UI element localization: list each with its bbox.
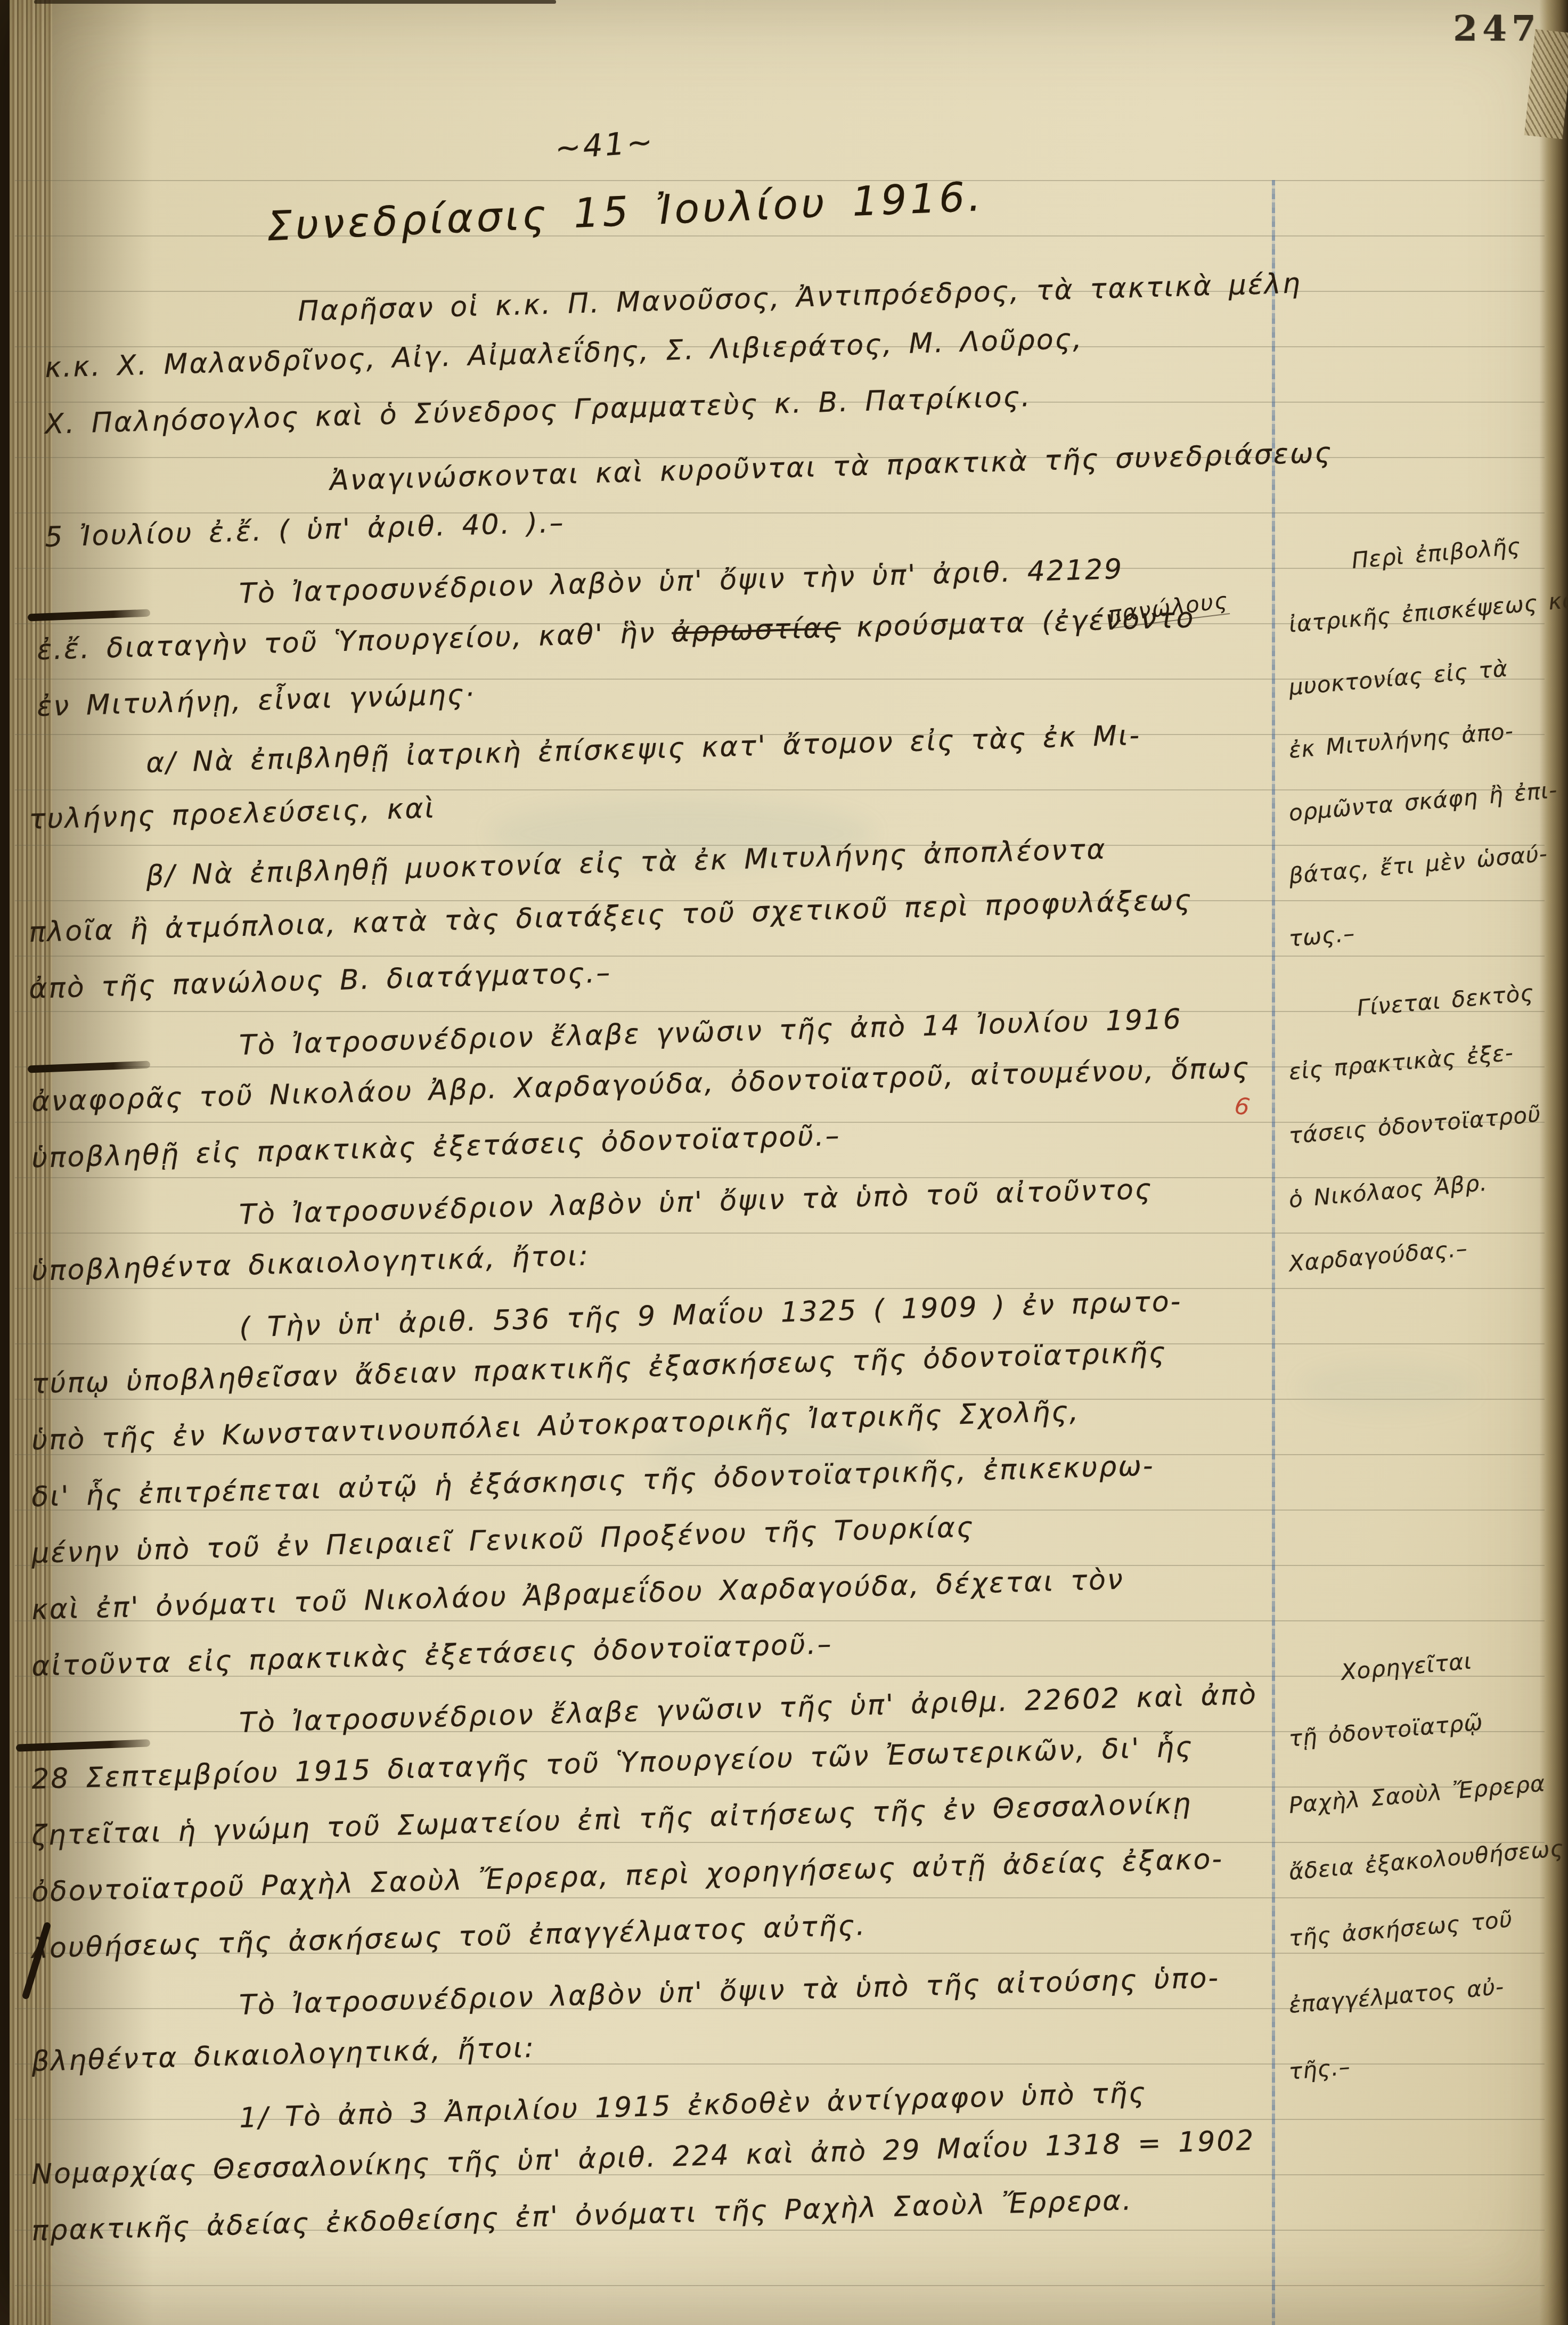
page-number: 247 bbox=[1453, 7, 1541, 49]
manuscript-line: Τὸ Ἰατροσυνέδριον λαβὸν ὑπ' ὄψιν τὴν ὑπ'… bbox=[239, 553, 1124, 610]
manuscript-line: ἐν Μιτυλήνῃ, εἶναι γνώμης· bbox=[36, 679, 476, 723]
manuscript-line: ὑπὸ τῆς ἐν Κωνσταντινουπόλει Αὐτοκρατορι… bbox=[31, 1396, 1080, 1457]
manuscript-line: τύπῳ ὑποβληθεῖσαν ἄδειαν πρακτικῆς ἐξασκ… bbox=[31, 1336, 1167, 1400]
margin-note-line: ἄδεια ἐξακολουθήσεως bbox=[1288, 1835, 1565, 1885]
manuscript-line: καὶ ἐπ' ὀνόματι τοῦ Νικολάου Ἀβραμεΐδου … bbox=[31, 1564, 1124, 1626]
manuscript-line: Τὸ Ἰατροσυνέδριον λαβὸν ὑπ' ὄψιν τὰ ὑπὸ … bbox=[239, 1173, 1153, 1231]
manuscript-line: λουθήσεως τῆς ἀσκήσεως τοῦ ἐπαγγέλματος … bbox=[31, 1910, 867, 1965]
manuscript-line: κ.κ. Χ. Μαλανδρῖνος, Αἰγ. Αἰμαλεΐδης, Σ.… bbox=[44, 323, 1083, 384]
margin-note-line: Χαρδαγούδας.– bbox=[1288, 1235, 1469, 1277]
margin-note-line: ἐπαγγέλματος αὐ- bbox=[1288, 1973, 1505, 2018]
manuscript-line: 5 Ἰουλίου ἐ.ἔ. ( ὑπ' ἀριθ. 40. ).– bbox=[44, 507, 565, 553]
strikethrough-word: ἀρρωστίας bbox=[671, 612, 841, 649]
margin-note-line: τῆς ἀσκήσεως τοῦ bbox=[1288, 1906, 1514, 1952]
margin-note-line: μυοκτονίας εἰς τὰ bbox=[1288, 655, 1509, 700]
line-fragment: ἐ.ἔ. διαταγὴν τοῦ Ὑπουργείου, καθ' ἣν bbox=[36, 617, 672, 666]
session-title: Συνεδρίασις 15 Ἰουλίου 1916. bbox=[266, 173, 985, 250]
manuscript-line: ἀπὸ τῆς πανώλους Β. διατάγματος.– bbox=[28, 957, 612, 1005]
manuscript-line: βληθέντα δικαιολογητικά, ἤτοι: bbox=[31, 2032, 535, 2078]
manuscript-line: Ἀναγινώσκονται καὶ κυροῦνται τὰ πρακτικὰ… bbox=[329, 437, 1333, 497]
red-annotation: 6 bbox=[1232, 1092, 1252, 1121]
binding-gutter bbox=[0, 0, 10, 2325]
manuscript-line: αἰτοῦντα εἰς πρακτικὰς ἐξετάσεις ὀδοντοϊ… bbox=[31, 1628, 833, 1683]
bleedthrough-smudge bbox=[1300, 1364, 1475, 1412]
margin-note-line: ἐκ Μιτυλήνης ἀπο- bbox=[1288, 717, 1515, 763]
manuscript-line: δι' ἧς ἐπιτρέπεται αὐτῷ ἡ ἐξάσκησις τῆς … bbox=[31, 1450, 1155, 1513]
margin-note-line: τῇ ὀδοντοϊατρῷ bbox=[1288, 1709, 1484, 1752]
margin-note-line: ἰατρικῆς ἐπισκέψεως καὶ bbox=[1288, 585, 1568, 638]
margin-note-line: ορμῶντα σκάφη ἢ ἐπι- bbox=[1288, 777, 1558, 826]
manuscript-line: Παρῆσαν οἱ κ.κ. Π. Μανοῦσος, Ἀντιπρόεδρο… bbox=[297, 267, 1302, 328]
manuscript-line: 28 Σεπτεμβρίου 1915 διαταγῆς τοῦ Ὑπουργε… bbox=[31, 1731, 1194, 1796]
margin-note-line: εἰς πρακτικὰς ἐξε- bbox=[1288, 1039, 1515, 1085]
margin-note-line: βάτας, ἔτι μὲν ὡσαύ- bbox=[1288, 841, 1549, 889]
manuscript-line: β/ Νὰ ἐπιβληθῇ μυοκτονία εἰς τὰ ἐκ Μιτυλ… bbox=[145, 834, 1107, 892]
manuscript-line: ἐ.ἔ. διαταγὴν τοῦ Ὑπουργείου, καθ' ἣν ἀρ… bbox=[36, 602, 1195, 666]
manuscript-line: πλοῖα ἢ ἀτμόπλοια, κατὰ τὰς διατάξεις το… bbox=[28, 884, 1193, 949]
manuscript-line: Τὸ Ἰατροσυνέδριον ἔλαβε γνῶσιν τῆς ὑπ' ἀ… bbox=[239, 1679, 1257, 1739]
manuscript-line: α/ Νὰ ἐπιβληθῇ ἰατρικὴ ἐπίσκεψις κατ' ἄτ… bbox=[145, 720, 1141, 779]
session-number: ~41~ bbox=[554, 124, 656, 167]
manuscript-line: ( Τὴν ὑπ' ἀριθ. 536 τῆς 9 Μαΐου 1325 ( 1… bbox=[239, 1286, 1182, 1344]
manuscript-line: μένην ὑπὸ τοῦ ἐν Πειραιεῖ Γενικοῦ Προξέν… bbox=[31, 1512, 975, 1570]
margin-note-line: Περὶ ἐπιβολῆς bbox=[1351, 533, 1522, 574]
margin-note-line: ὁ Νικόλαος Ἀβρ. bbox=[1288, 1170, 1489, 1213]
margin-note-line: Χορηγεῖται bbox=[1340, 1648, 1473, 1685]
manuscript-line: Τὸ Ἰατροσυνέδριον λαβὸν ὑπ' ὄψιν τὰ ὑπὸ … bbox=[239, 1962, 1220, 2021]
margin-note-line: Γίνεται δεκτὸς bbox=[1356, 980, 1535, 1021]
manuscript-line: ἀναφορᾶς τοῦ Νικολάου Ἀβρ. Χαρδαγούδα, ὀ… bbox=[31, 1052, 1251, 1118]
manuscript-line: 1/ Τὸ ἀπὸ 3 Ἀπριλίου 1915 ἐκδοθὲν ἀντίγρ… bbox=[239, 2077, 1147, 2134]
page-edge-top bbox=[34, 0, 556, 4]
margin-note-line: τάσεις ὀδοντοϊατροῦ bbox=[1288, 1101, 1542, 1149]
manuscript-line: Χ. Παληόσογλος καὶ ὁ Σύνεδρος Γραμματεὺς… bbox=[44, 381, 1032, 440]
manuscript-line: ὑποβληθέντα δικαιολογητικά, ἤτοι: bbox=[31, 1240, 590, 1287]
manuscript-line: Τὸ Ἰατροσυνέδριον ἔλαβε γνῶσιν τῆς ἀπὸ 1… bbox=[239, 1004, 1182, 1062]
manuscript-line: ὑποβληθῇ εἰς πρακτικὰς ἐξετάσεις ὀδοντοϊ… bbox=[31, 1120, 841, 1174]
manuscript-line: ζητεῖται ἡ γνώμη τοῦ Σωματείου ἐπὶ τῆς α… bbox=[31, 1788, 1193, 1852]
margin-note-line: τως.– bbox=[1288, 920, 1356, 952]
manuscript-line: Νομαρχίας Θεσσαλονίκης τῆς ὑπ' ἀριθ. 224… bbox=[31, 2125, 1255, 2191]
manuscript-line: τυλήνης προελεύσεις, καὶ bbox=[28, 793, 436, 836]
margin-note-line: τῆς.– bbox=[1288, 2053, 1352, 2085]
margin-rule-line bbox=[1272, 180, 1275, 2325]
manuscript-line: ὀδοντοϊατροῦ Ραχὴλ Σαοὺλ Ἔρρερα, περὶ χο… bbox=[31, 1843, 1224, 1908]
manuscript-line: πρακτικῆς ἀδείας ἐκδοθείσης ἐπ' ὀνόματι … bbox=[31, 2184, 1133, 2247]
margin-note-line: Ραχὴλ Σαοὺλ Ἔρρερα bbox=[1288, 1770, 1547, 1818]
manuscript-page-scan: 247 ~41~ Συνεδρίασις 15 Ἰουλίου 1916. Πα… bbox=[0, 0, 1568, 2325]
page-edge-right bbox=[1539, 0, 1568, 2325]
